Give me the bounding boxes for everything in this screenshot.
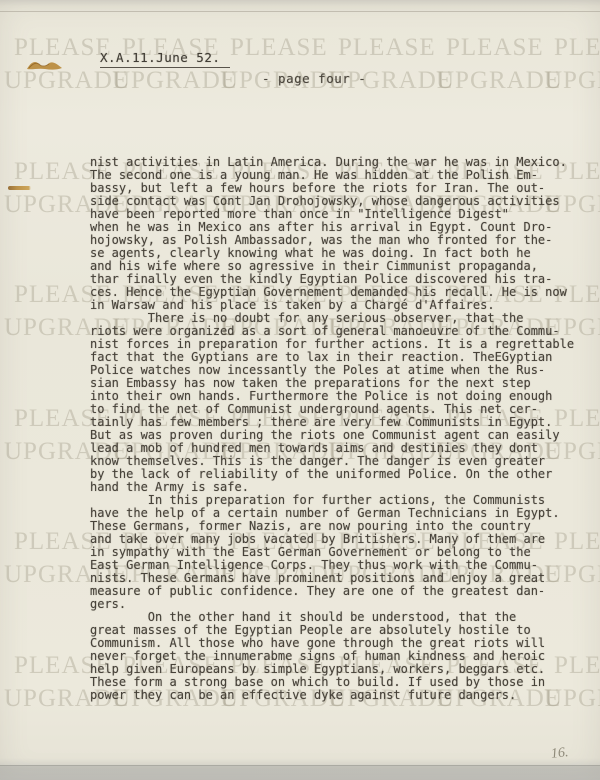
ink-stain-dash xyxy=(8,186,31,190)
document-page: PLEASEPLEASEPLEASEPLEASEPLEASEPLEASEUPGR… xyxy=(0,0,600,780)
page-number-label: - page four - xyxy=(262,71,366,86)
ink-stain-squiggle xyxy=(25,58,65,74)
scan-edge-top xyxy=(0,11,600,12)
handwritten-page-note: 16. xyxy=(550,745,569,763)
document-body: nist activities in Latin America. During… xyxy=(90,156,574,702)
document-reference: X.A.11.June 52. xyxy=(100,50,230,68)
scan-edge-bottom xyxy=(0,765,600,780)
